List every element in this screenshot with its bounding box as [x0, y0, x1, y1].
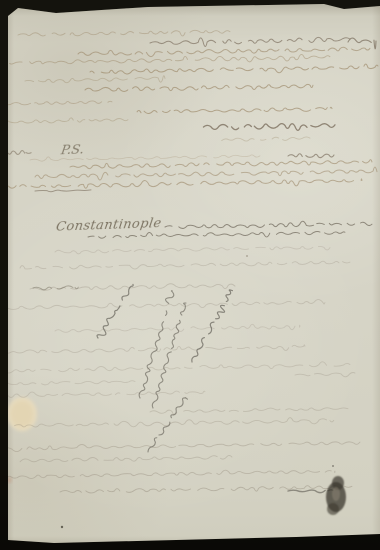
- ink-layer: [0, 0, 380, 550]
- scan-background: Constantinople P.S.: [0, 0, 380, 550]
- ink-seal: [326, 476, 346, 515]
- paper-stains: [0, 298, 37, 483]
- handwriting-lines: [0, 29, 378, 494]
- manuscript-page: Constantinople P.S.: [0, 0, 380, 550]
